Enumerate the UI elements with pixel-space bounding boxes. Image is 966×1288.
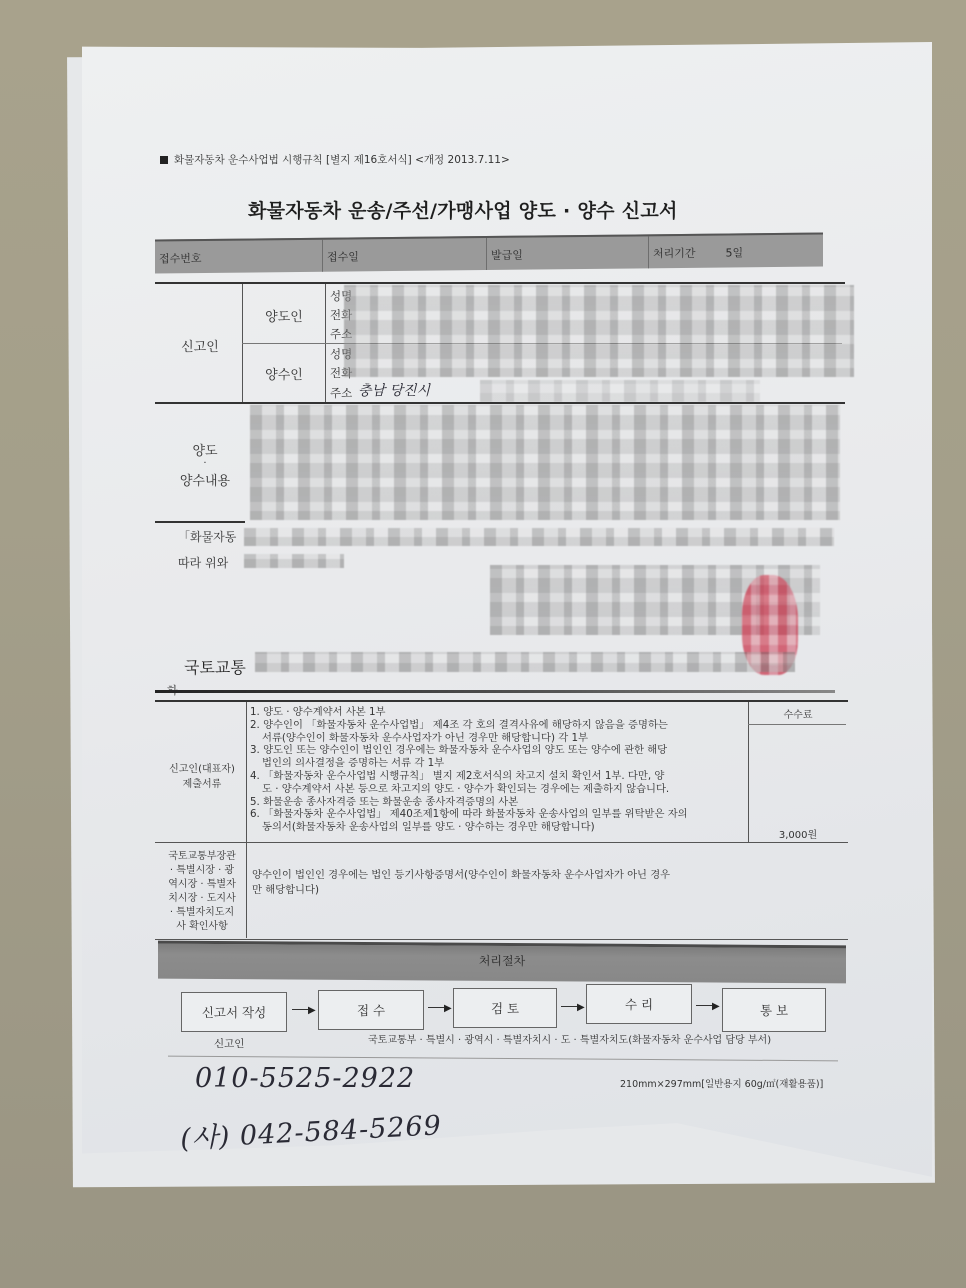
divider — [748, 702, 749, 842]
submission-label: 신고인(대표자) 제출서류 — [160, 762, 244, 792]
procedure-title: 처리절차 — [479, 954, 525, 968]
transfer-content-dot: · — [165, 458, 245, 469]
submission-label-1: 신고인(대표자) — [160, 762, 244, 777]
step-label: 통 보 — [760, 1001, 788, 1019]
paper-spec: 210mm×297mm[일반용지 60g/㎡(재활용품)] — [620, 1076, 823, 1090]
official-check-label-line: 역시장 · 특별자 — [158, 878, 246, 892]
document-item: 도 · 양수계약서 사본 등으로 차고지의 양도 · 양수가 확인되는 경우에는… — [250, 783, 742, 796]
step-label: 수 리 — [625, 995, 653, 1013]
step-review: 검 토 — [453, 988, 557, 1028]
official-check-label: 국토교통부장관 · 특별시장 · 광 역시장 · 특별자 치시장 · 도지사 ·… — [158, 850, 246, 934]
step-label: 신고서 작성 — [202, 1003, 266, 1021]
transferor-label: 양도인 — [248, 306, 320, 325]
legal-reference-text: 화물자동차 운수사업법 시행규칙 [별지 제16호서식] <개정 2013.7.… — [174, 154, 510, 166]
step-receipt: 접 수 — [318, 990, 424, 1030]
form-title: 화물자동차 운송/주선/가맹사업 양도 · 양수 신고서 — [248, 196, 678, 223]
document-item: 5. 화물운송 종사자격증 또는 화물운송 종사자격증명의 사본 — [250, 796, 742, 809]
arrow-right-icon: ▶ — [561, 1002, 585, 1013]
issue-date-label: 발급일 — [487, 236, 649, 270]
official-check-text-line: 양수인이 법인인 경우에는 법인 등기사항증명서(양수인이 화물자동차 운수사업… — [252, 868, 670, 883]
divider — [748, 724, 846, 725]
document-item: 서류(양수인이 화물자동차 운수사업자가 아닌 경우만 해당합니다) 각 1부 — [250, 732, 742, 745]
addressee: 국토교통 — [184, 655, 246, 678]
redacted-address — [480, 380, 760, 402]
official-check-label-line: · 특별시장 · 광 — [158, 864, 246, 878]
arrow-right-icon: ▶ — [292, 1005, 316, 1016]
official-check-label-line: 사 확인사항 — [158, 920, 246, 934]
procedure-title-bar: 처리절차 — [158, 941, 846, 984]
document-item: 법인의 의사결정을 증명하는 서류 각 1부 — [250, 757, 742, 770]
step-label: 접 수 — [357, 1001, 385, 1019]
divider — [246, 702, 247, 938]
square-bullet-icon — [160, 156, 168, 164]
redacted-declaration — [244, 528, 834, 546]
transferee-address-handwritten: 충남 당진시 — [358, 380, 430, 400]
transferee-label: 양수인 — [248, 364, 320, 383]
document-item: 2. 양수인이 「화물자동차 운수사업법」 제4조 각 호의 결격사유에 해당하… — [250, 719, 742, 732]
official-check-text-line: 만 해당합니다) — [252, 883, 670, 898]
step-acceptance: 수 리 — [586, 984, 692, 1024]
step-notify: 통 보 — [722, 988, 826, 1032]
section-rule — [155, 402, 845, 404]
section-rule — [155, 521, 245, 523]
document-item: 1. 양도 · 양수계약서 사본 1부 — [250, 706, 742, 719]
section-rule — [155, 282, 845, 284]
step-write-report: 신고서 작성 — [181, 992, 287, 1032]
document-item: 4. 「화물자동차 운수사업법 시행규칙」 별지 제2호서식의 차고지 설치 확… — [250, 770, 742, 783]
official-check-label-line: 국토교통부장관 — [158, 850, 246, 864]
redacted-transfer-content — [250, 405, 840, 520]
receipt-no-label: 접수번호 — [155, 240, 323, 274]
processing-period-label: 처리기간 — [653, 245, 696, 259]
submission-label-2: 제출서류 — [160, 777, 244, 792]
transferee-address-label: 주소 — [330, 385, 352, 401]
required-documents-list: 1. 양도 · 양수계약서 사본 1부 2. 양수인이 「화물자동차 운수사업법… — [250, 706, 742, 834]
receipt-header-row: 접수번호 접수일 발급일 처리기간 5일 — [155, 233, 823, 274]
processing-period-value: 5일 — [726, 244, 744, 258]
fee-label: 수수료 — [752, 706, 844, 721]
fee-value: 3,000원 — [752, 826, 844, 841]
transfer-content-label-2: 양수내용 — [165, 470, 245, 489]
authority-caption: 국토교통부 · 특별시 · 광역시 · 특별자치시 · 도 · 특별자치도(화물… — [368, 1031, 771, 1046]
arrow-right-icon: ▶ — [428, 1003, 452, 1014]
arrow-right-icon: ▶ — [696, 1001, 720, 1012]
redacted-addressee — [255, 652, 795, 672]
declaration-line-1: 「화물자동 — [178, 528, 236, 545]
applicant-label: 신고인 — [165, 336, 235, 355]
receipt-date-label: 접수일 — [323, 238, 487, 272]
declaration-line-2: 따라 위와 — [178, 554, 228, 571]
document-item: 3. 양도인 또는 양수인이 법인인 경우에는 화물자동차 운수사업의 양도 또… — [250, 744, 742, 757]
official-check-text: 양수인이 법인인 경우에는 법인 등기사항증명서(양수인이 화물자동차 운수사업… — [252, 868, 670, 898]
step-label: 검 토 — [491, 999, 519, 1017]
handwritten-mobile: 010-5525-2922 — [195, 1063, 415, 1094]
document-item: 동의서(화물자동차 운송사업의 일부를 양도 · 양수하는 경우만 해당합니다) — [250, 821, 742, 834]
transfer-content-label-1: 양도 — [165, 440, 245, 459]
applicant-caption: 신고인 — [214, 1036, 244, 1051]
document-item: 6. 「화물자동차 운수사업법」 제40조제1항에 따라 화물자동차 운송사업의… — [250, 808, 742, 821]
redacted-applicant-info — [344, 285, 854, 377]
redacted-declaration — [244, 554, 344, 568]
legal-reference: 화물자동차 운수사업법 시행규칙 [별지 제16호서식] <개정 2013.7.… — [160, 152, 510, 167]
official-check-label-line: 치시장 · 도지사 — [158, 892, 246, 906]
divider — [155, 842, 848, 843]
official-check-label-line: · 특별자치도지 — [158, 906, 246, 920]
processing-period: 처리기간 5일 — [649, 235, 823, 269]
section-rule — [155, 690, 835, 693]
